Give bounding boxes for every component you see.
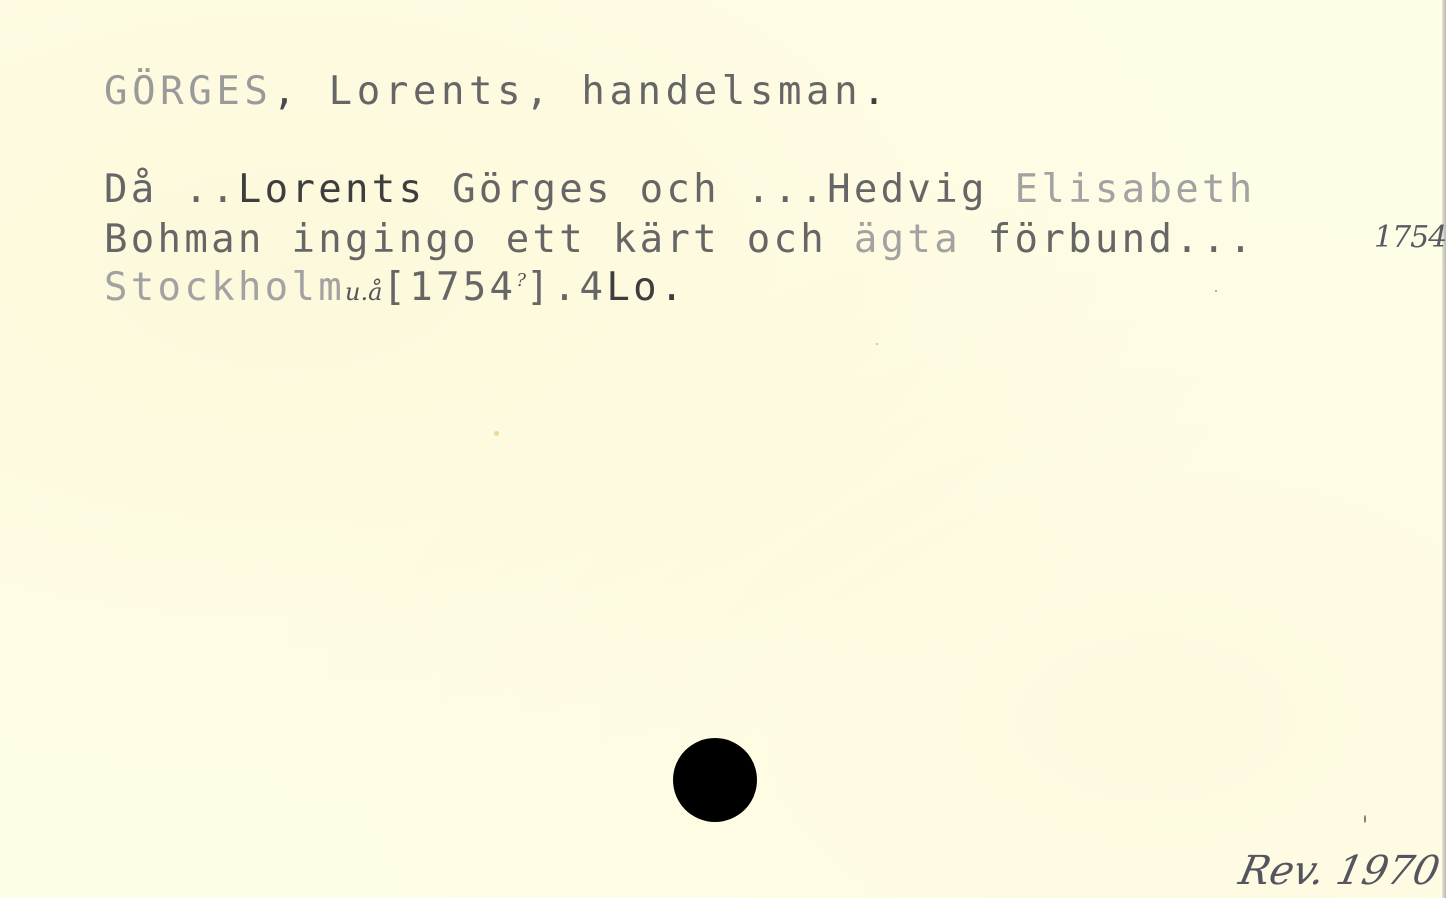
- heading-occupation: handelsman: [581, 69, 862, 114]
- title-line-1: Då ..Lorents Görges och ...Hedvig Elisab…: [104, 170, 1256, 209]
- heading-surname: GÖRGES: [104, 69, 272, 114]
- imprint-line: Stockholmu.å[1754?].4Lo.: [104, 268, 687, 307]
- punch-hole: [673, 738, 757, 822]
- heading-given-name: Lorents: [329, 69, 526, 114]
- paper-speck: [1215, 290, 1217, 292]
- paper-speck: [876, 343, 878, 345]
- handwritten-year: 1754.: [1374, 220, 1446, 255]
- handwritten-ua: u.å: [345, 278, 382, 306]
- card-heading: GÖRGES, Lorents, handelsman.: [104, 72, 890, 111]
- catalog-card: GÖRGES, Lorents, handelsman. Då ..Lorent…: [0, 0, 1446, 898]
- paper-mark: [1364, 815, 1366, 823]
- card-edge: [1442, 0, 1446, 898]
- handwritten-query: ?: [516, 270, 526, 291]
- title-line-2: Bohman ingingo ett kärt och ägta förbund…: [104, 220, 1256, 259]
- revision-annotation: Rev. 1970: [1235, 848, 1444, 894]
- paper-speck: [494, 431, 499, 436]
